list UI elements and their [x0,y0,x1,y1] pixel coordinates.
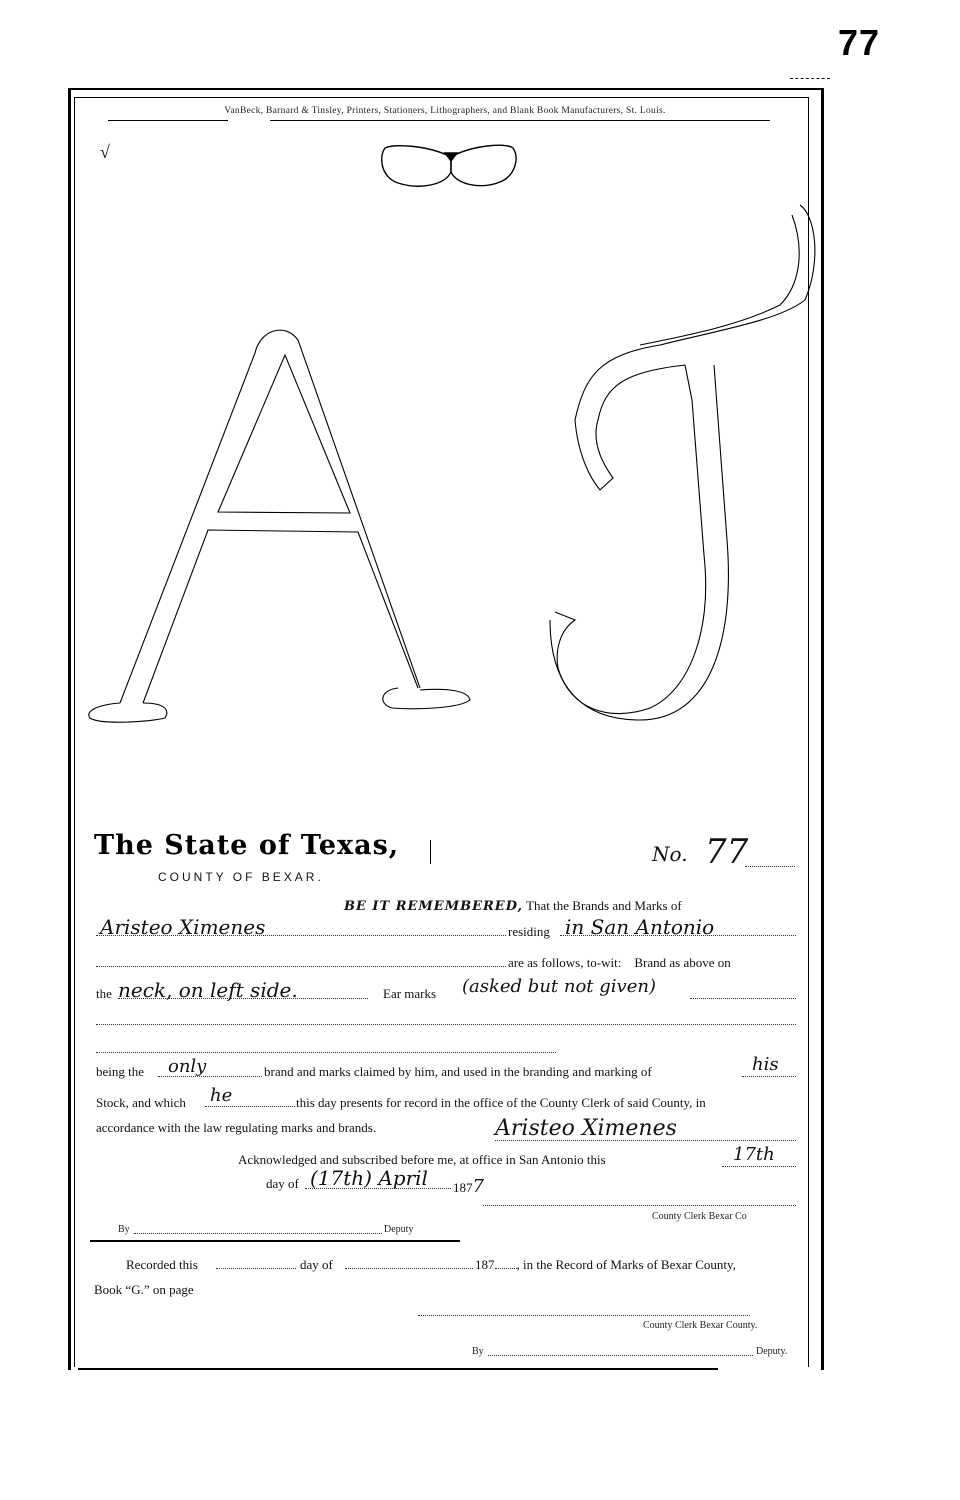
blank-dotted-line-1 [96,966,506,967]
owner-signature: Aristeo Ximenes [495,1116,677,1141]
record-day-of-label: day of [300,1257,333,1273]
record-year-dotted-line [495,1268,517,1269]
only-dotted-line [158,1076,262,1077]
blank-dotted-line-2 [96,1024,796,1025]
be-it-remembered-line: BE IT REMEMBERED, That the Brands and Ma… [344,898,682,914]
record-year-line: 187, in the Record of Marks of Bexar Cou… [475,1257,736,1273]
signature-dotted-line [495,1140,796,1141]
be-it-remembered: BE IT REMEMBERED, [344,899,523,914]
as-follows-text: are as follows, to-wit: [508,955,621,970]
ear-mark-icon [382,145,516,186]
recorded-this-label: Recorded this [126,1257,198,1273]
being-the-label: being the [96,1064,144,1080]
deputy-label: Deputy [384,1224,413,1235]
intro-text: That the Brands and Marks of [526,898,682,913]
number-label: No. [652,842,688,866]
brand-drawing [0,0,960,760]
year-suffix: 7 [473,1176,484,1197]
ear-marks-label: Ear marks [383,986,436,1002]
clerk-signature-dotted-line [483,1205,796,1206]
county-clerk-label: County Clerk Bexar Co [652,1211,747,1222]
record-deputy-label: Deputy. [756,1346,787,1357]
recorded-day-dotted-line [216,1268,296,1269]
number-value: 77 [705,832,748,872]
stock-and-which-label: Stock, and which [96,1095,186,1111]
record-year-prefix: 187 [475,1257,495,1272]
his-value: his [752,1054,779,1075]
state-title: The State of Texas, [94,830,399,861]
day-of-value: (17th) April [310,1166,428,1190]
number-dotted-line [745,866,795,867]
county-title: COUNTY OF BEXAR. [158,870,324,884]
ear-marks-dotted-line [690,998,796,999]
residence-dotted-line [560,935,796,936]
book-text: Book “G.” on page [94,1282,194,1298]
record-month-dotted-line [345,1268,473,1269]
record-clerk-label: County Clerk Bexar County. [643,1320,757,1331]
record-by-label: By [472,1346,484,1357]
blank-dotted-line-3 [96,1052,556,1053]
brand-letter-a-icon [89,330,470,722]
record-clerk-dotted-line [418,1315,750,1316]
section-divider [90,1240,460,1242]
brand-letter-j-icon [550,205,815,720]
day-of-dotted-line [305,1188,451,1189]
he-dotted-line [205,1106,295,1107]
by-dotted-line [134,1233,382,1234]
year-prefix: 187 [453,1180,473,1195]
brand-claimed-text: brand and marks claimed by him, and used… [264,1064,652,1080]
his-dotted-line [742,1076,796,1077]
presents-text: this day presents for record in the offi… [296,1095,706,1111]
bracket-mark [430,840,431,864]
residing-label: residing [508,924,550,940]
as-follows-line: are as follows, to-wit: Brand as above o… [508,955,731,971]
location-dotted-line [118,998,368,999]
owner-dotted-line [96,935,506,936]
accordance-text: accordance with the law regulating marks… [96,1120,376,1136]
record-by-dotted-line [488,1355,753,1356]
year-line: 1877 [453,1176,484,1197]
record-text: , in the Record of Marks of Bexar County… [517,1257,736,1272]
ack-day: 17th [733,1144,775,1165]
day-of-label: day of [266,1176,299,1192]
only-value: only [168,1056,206,1077]
he-value: he [210,1085,232,1106]
ack-day-dotted-line [722,1166,796,1167]
ear-marks-value: (asked but not given) [462,976,656,997]
the-label: the [96,986,112,1002]
by-label: By [118,1224,130,1235]
brand-as-above-text: Brand as above on [634,955,730,970]
bottom-rule [78,1368,718,1370]
